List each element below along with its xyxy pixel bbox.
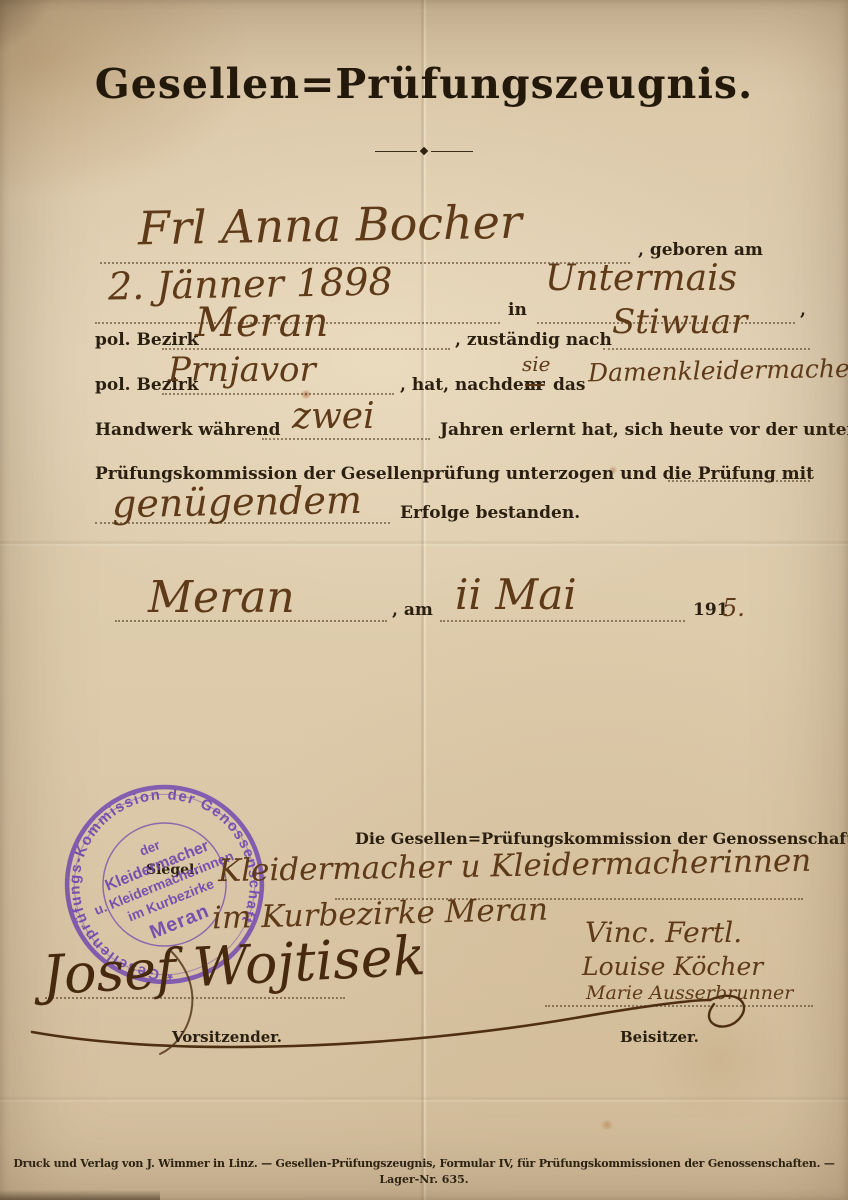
assessors-role-label: Beisitzer.: [620, 1028, 699, 1046]
issue-place-handwriting: Meran: [148, 572, 295, 623]
district2-handwriting: Prnjavor: [168, 350, 316, 390]
label-geboren-am: , geboren am: [638, 240, 763, 260]
comma-after-birthplace: ,: [800, 300, 806, 320]
label-pol-bezirk-1: pol. Bezirk: [95, 330, 199, 350]
imprint-line2: Lager-Nr. 635.: [0, 1173, 848, 1186]
imprint-line1: Druck und Verlag von J. Wimmer in Linz. …: [0, 1157, 848, 1170]
document-title: Gesellen=Prüfungszeugnis.: [0, 60, 848, 108]
label-am: , am: [392, 600, 433, 620]
fill-rule-district2: [162, 393, 394, 395]
birth-place-handwriting: Untermais: [545, 258, 737, 299]
bottom-edge-shadow: [0, 1190, 160, 1200]
horizontal-fold-crease-upper: [0, 540, 848, 547]
fill-rule-grade: [95, 522, 390, 524]
struck-word-er: er: [525, 375, 545, 395]
fill-rule-duration: [262, 438, 430, 440]
certificate-document: Gesellen=Prüfungszeugnis. Frl Anna Boche…: [0, 0, 848, 1200]
guild-name-handwriting-line1: Kleidermacher u Kleidermacherinnen: [218, 843, 812, 889]
corner-shadow: [0, 0, 60, 60]
home-place-handwriting: Stiwuar: [612, 302, 747, 342]
label-zustaendig-nach: , zuständig nach: [455, 330, 612, 350]
inserted-word-sie: sie: [522, 352, 551, 376]
label-handwerk-waehrend: Handwerk während: [95, 420, 280, 440]
label-erfolge-bestanden: Erfolge bestanden.: [400, 503, 580, 523]
fill-rule-issueplace: [115, 620, 387, 622]
title-divider-ornament: [375, 148, 473, 154]
district1-handwriting: Meran: [195, 300, 328, 346]
holder-name-handwriting: Frl Anna Bocher: [138, 195, 523, 256]
label-in: in: [508, 300, 527, 320]
grade-handwriting: genügendem: [112, 478, 363, 526]
label-hat-nachdem: , hat, nachdem: [400, 375, 542, 395]
label-das: das: [553, 375, 585, 395]
trade-handwriting: Damenkleidermacher: [588, 354, 848, 388]
fill-rule-issuedate: [440, 620, 685, 622]
horizontal-fold-crease-lower: [0, 1096, 848, 1103]
fill-rule-commission: [668, 480, 810, 482]
fill-rule-homeplace: [603, 348, 810, 350]
chairman-role-label: Vorsitzender.: [172, 1028, 282, 1046]
label-jahren-erlernt: Jahren erlernt hat, sich heute vor der u…: [440, 420, 848, 440]
foxing-spot: [600, 1120, 614, 1130]
year-written-handwriting: 5.: [722, 594, 745, 622]
duration-handwriting: zwei: [292, 396, 375, 437]
issue-date-handwriting: ii Mai: [455, 570, 577, 619]
